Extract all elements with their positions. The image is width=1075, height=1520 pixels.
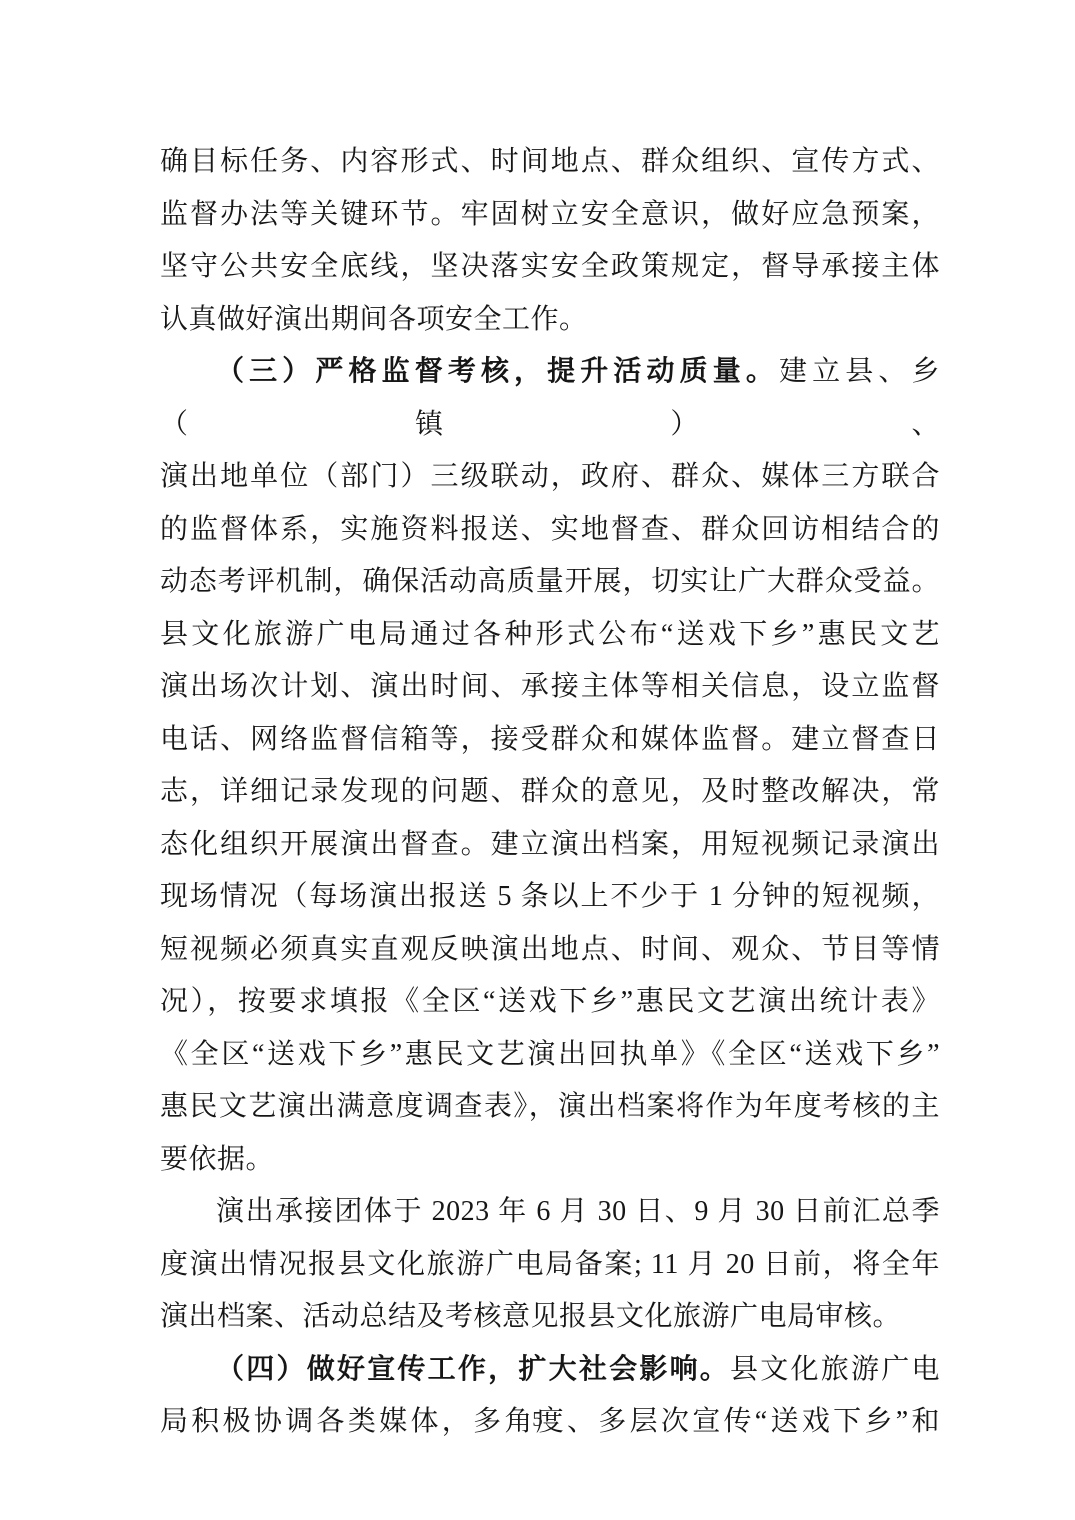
text-segment: 县文化旅游广电 xyxy=(730,1354,940,1385)
text-line: 《全区“送戏下乡”惠民文艺演出回执单》《全区“送戏下乡” xyxy=(160,1029,940,1082)
text-segment: 短视频必须真实直观反映演出地点、时间、观众、节目等情 xyxy=(160,934,940,965)
section-heading-segment: （四）做好宣传工作，扩大社会影响。 xyxy=(216,1354,730,1385)
text-line: 现场情况（每场演出报送 5 条以上不少于 1 分钟的短视频， xyxy=(160,871,940,924)
text-segment: 度演出情况报县文化旅游广电局备案; 11 月 20 日前，将全年 xyxy=(160,1249,940,1280)
text-line: 动态考评机制，确保活动高质量开展，切实让广大群众受益。 xyxy=(160,556,940,609)
text-segment: 的监督体系，实施资料报送、实地督查、群众回访相结合的 xyxy=(160,514,940,545)
text-segment: 动态考评机制，确保活动高质量开展，切实让广大群众受益。 xyxy=(160,566,940,597)
text-line: 坚守公共安全底线，坚决落实安全政策规定，督导承接主体 xyxy=(160,241,940,294)
section-heading-segment: （三）严格监督考核，提升活动质量。 xyxy=(216,356,779,387)
text-line: 态化组织开展演出督查。建立演出档案，用短视频记录演出 xyxy=(160,819,940,872)
text-segment: 《全区“送戏下乡”惠民文艺演出回执单》《全区“送戏下乡” xyxy=(160,1039,940,1070)
text-segment: 坚守公共安全底线，坚决落实安全政策规定，督导承接主体 xyxy=(160,251,940,282)
text-segment: 况），按要求填报《全区“送戏下乡”惠民文艺演出统计表》 xyxy=(160,986,940,1017)
text-line: 演出地单位（部门）三级联动，政府、群众、媒体三方联合 xyxy=(160,451,940,504)
text-line: 电话、网络监督信箱等，接受群众和媒体监督。建立督查日 xyxy=(160,714,940,767)
text-segment: 志，详细记录发现的问题、群众的意见，及时整改解决，常 xyxy=(160,776,940,807)
text-line: （三）严格监督考核，提升活动质量。建立县、乡（镇）、 xyxy=(160,346,940,451)
text-segment: 演出地单位（部门）三级联动，政府、群众、媒体三方联合 xyxy=(160,461,940,492)
text-segment: 要依据。 xyxy=(160,1144,274,1175)
text-line: 监督办法等关键环节。牢固树立安全意识，做好应急预案， xyxy=(160,189,940,242)
text-line: 度演出情况报县文化旅游广电局备案; 11 月 20 日前，将全年 xyxy=(160,1239,940,1292)
text-segment: 演出档案、活动总结及考核意见报县文化旅游广电局审核。 xyxy=(160,1301,901,1332)
text-line: 短视频必须真实直观反映演出地点、时间、观众、节目等情 xyxy=(160,924,940,977)
text-line: 志，详细记录发现的问题、群众的意见，及时整改解决，常 xyxy=(160,766,940,819)
text-segment: 确目标任务、内容形式、时间地点、群众组织、宣传方式、 xyxy=(160,146,940,177)
text-line: 认真做好演出期间各项安全工作。 xyxy=(160,294,940,347)
text-line: 的监督体系，实施资料报送、实地督查、群众回访相结合的 xyxy=(160,504,940,557)
text-segment: 县文化旅游广电局通过各种形式公布“送戏下乡”惠民文艺 xyxy=(160,619,940,650)
text-line: 况），按要求填报《全区“送戏下乡”惠民文艺演出统计表》 xyxy=(160,976,940,1029)
text-segment: 监督办法等关键环节。牢固树立安全意识，做好应急预案， xyxy=(160,199,940,230)
text-line: 要依据。 xyxy=(160,1134,940,1187)
text-segment: 演出承接团体于 2023 年 6 月 30 日、9 月 30 日前汇总季 xyxy=(216,1196,940,1227)
text-line: 县文化旅游广电局通过各种形式公布“送戏下乡”惠民文艺 xyxy=(160,609,940,662)
text-segment: 演出场次计划、演出时间、承接主体等相关信息，设立监督 xyxy=(160,671,940,702)
page-number: 5 xyxy=(0,1404,1075,1434)
text-line: 确目标任务、内容形式、时间地点、群众组织、宣传方式、 xyxy=(160,136,940,189)
text-line: 惠民文艺演出满意度调查表》，演出档案将作为年度考核的主 xyxy=(160,1081,940,1134)
text-line: 演出档案、活动总结及考核意见报县文化旅游广电局审核。 xyxy=(160,1291,940,1344)
text-line: （四）做好宣传工作，扩大社会影响。县文化旅游广电 xyxy=(160,1344,940,1397)
text-segment: 态化组织开展演出督查。建立演出档案，用短视频记录演出 xyxy=(160,829,940,860)
text-segment: 电话、网络监督信箱等，接受群众和媒体监督。建立督查日 xyxy=(160,724,940,755)
text-segment: 惠民文艺演出满意度调查表》，演出档案将作为年度考核的主 xyxy=(160,1091,940,1122)
text-segment: 现场情况（每场演出报送 5 条以上不少于 1 分钟的短视频， xyxy=(160,881,940,912)
text-lines: 确目标任务、内容形式、时间地点、群众组织、宣传方式、监督办法等关键环节。牢固树立… xyxy=(160,136,940,1449)
text-line: 演出承接团体于 2023 年 6 月 30 日、9 月 30 日前汇总季 xyxy=(160,1186,940,1239)
document-page: 确目标任务、内容形式、时间地点、群众组织、宣传方式、监督办法等关键环节。牢固树立… xyxy=(0,0,1075,1520)
text-segment: 认真做好演出期间各项安全工作。 xyxy=(160,304,588,335)
text-line: 演出场次计划、演出时间、承接主体等相关信息，设立监督 xyxy=(160,661,940,714)
